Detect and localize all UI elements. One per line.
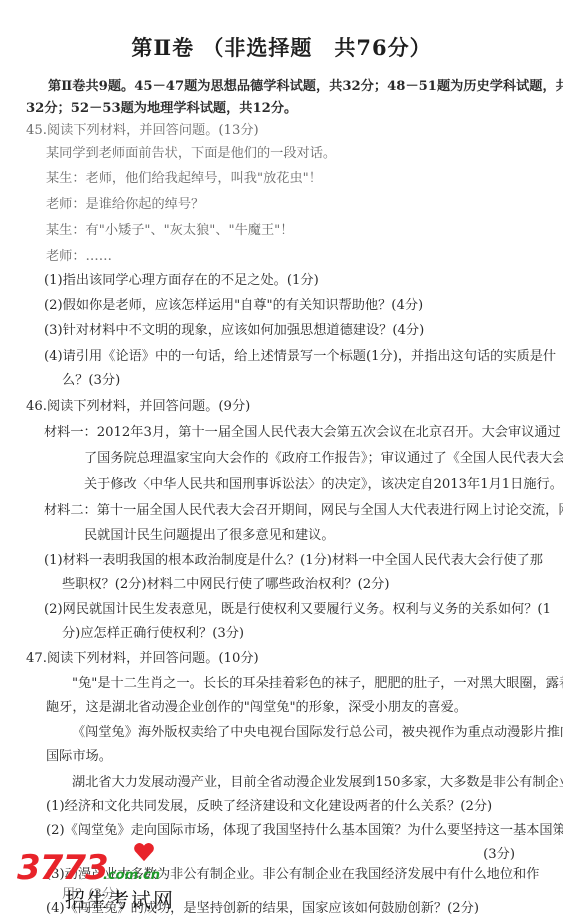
q47-header: 47.阅读下列材料，并回答问题。(10分) <box>26 650 259 668</box>
q47-material-line: "兔"是十二生肖之一。长长的耳朵挂着彩色的袜子，肥肥的肚子，一对黑大眼圈，露着 <box>72 675 563 693</box>
q47-question-2: (2)《闯堂兔》走向国际市场，体现了我国坚持什么基本国策？为什么要坚持这一基本国… <box>46 822 563 840</box>
q47-material-line: 《闯堂兔》海外版权卖给了中央电视台国际发行总公司，被央视作为重点动漫影片推向 <box>72 724 563 742</box>
q46-material-line: 材料一：2012年3月，第十一届全国人民代表大会第五次会议在北京召开。大会审议通… <box>44 424 561 442</box>
q45-material-line: 某生：有"小矮子"、"灰太狼"、"牛魔王"！ <box>46 222 293 240</box>
site-watermark: 3773 .com.cn 招生考试网 <box>15 848 185 914</box>
intro-line-1: 第Ⅱ卷共9题。45－47题为思想品德学科试题，共32分；48－51题为历史学科试… <box>48 78 563 96</box>
intro-line-2: 32分；52－53题为地理学科试题，共12分。 <box>26 100 297 118</box>
section-title: 第Ⅱ卷 （非选择题 共76分） <box>0 32 563 62</box>
q47-material-line: 湖北省大力发展动漫产业，目前全省动漫企业发展到150多家，大多数是非公有制企业。 <box>72 774 563 792</box>
q45-material-line: 某生：老师，他们给我起绰号，叫我"放花虫"！ <box>46 170 322 188</box>
q47-material-line: 龅牙，这是湖北省动漫企业创作的"闯堂兔"的形象，深受小朋友的喜爱。 <box>46 699 467 717</box>
q46-question-1-cont: 些职权？(2分)材料二中网民行使了哪些政治权利？(2分) <box>62 576 389 594</box>
q45-material-line: 某同学到老师面前告状，下面是他们的一段对话。 <box>46 145 336 163</box>
q47-material-line: 国际市场。 <box>46 748 112 766</box>
q46-question-2: (2)网民就国计民生发表意见，既是行使权利又要履行义务。权利与义务的关系如何？(… <box>44 601 551 619</box>
q46-material-line: 关于修改〈中华人民共和国刑事诉讼法〉的决定》，该决定自2013年1月1日施行。 <box>84 476 563 494</box>
q46-material-line: 了国务院总理温家宝向大会作的《政府工作报告》；审议通过了《全国人民代表大会 <box>84 450 563 468</box>
q45-question-1: (1)指出该同学心理方面存在的不足之处。(1分) <box>44 272 319 290</box>
q45-material-line: 老师：…… <box>46 248 112 266</box>
q45-question-3: (3)针对材料中不文明的现象，应该如何加强思想道德建设？(4分) <box>44 322 424 340</box>
q46-question-1: (1)材料一表明我国的根本政治制度是什么？(1分)材料一中全国人民代表大会行使了… <box>44 552 543 570</box>
q46-material-line: 材料二：第十一届全国人民代表大会召开期间，网民与全国人大代表进行网上讨论交流，网 <box>44 502 563 520</box>
exam-page: 第Ⅱ卷 （非选择题 共76分） 第Ⅱ卷共9题。45－47题为思想品德学科试题，共… <box>0 0 563 917</box>
watermark-number: 3773 <box>17 848 108 888</box>
q47-question-1: (1)经济和文化共同发展，反映了经济建设和文化建设两者的什么关系？(2分) <box>46 798 492 816</box>
q46-question-2-cont: 分)应怎样正确行使权利？(3分) <box>62 625 244 643</box>
q46-header: 46.阅读下列材料，并回答问题。(9分) <box>26 398 250 416</box>
q45-header: 45.阅读下列材料，并回答问题。(13分) <box>26 122 259 140</box>
q45-material-line: 老师：是谁给你起的绰号？ <box>46 196 204 214</box>
q45-question-4-cont: 么？(3分) <box>62 372 120 390</box>
q45-question-2: (2)假如你是老师，应该怎样运用"自尊"的有关知识帮助他？(4分) <box>44 297 423 315</box>
q47-question-2-score: (3分) <box>483 846 515 864</box>
heart-icon <box>133 842 155 862</box>
watermark-site-name: 招生考试网 <box>65 884 175 913</box>
q45-question-4: (4)请引用《论语》中的一句话，给上述情景写一个标题(1分)，并指出这句话的实质… <box>44 348 556 366</box>
watermark-domain: .com.cn <box>103 868 160 883</box>
q46-material-line: 民就国计民生问题提出了很多意见和建议。 <box>84 527 335 545</box>
